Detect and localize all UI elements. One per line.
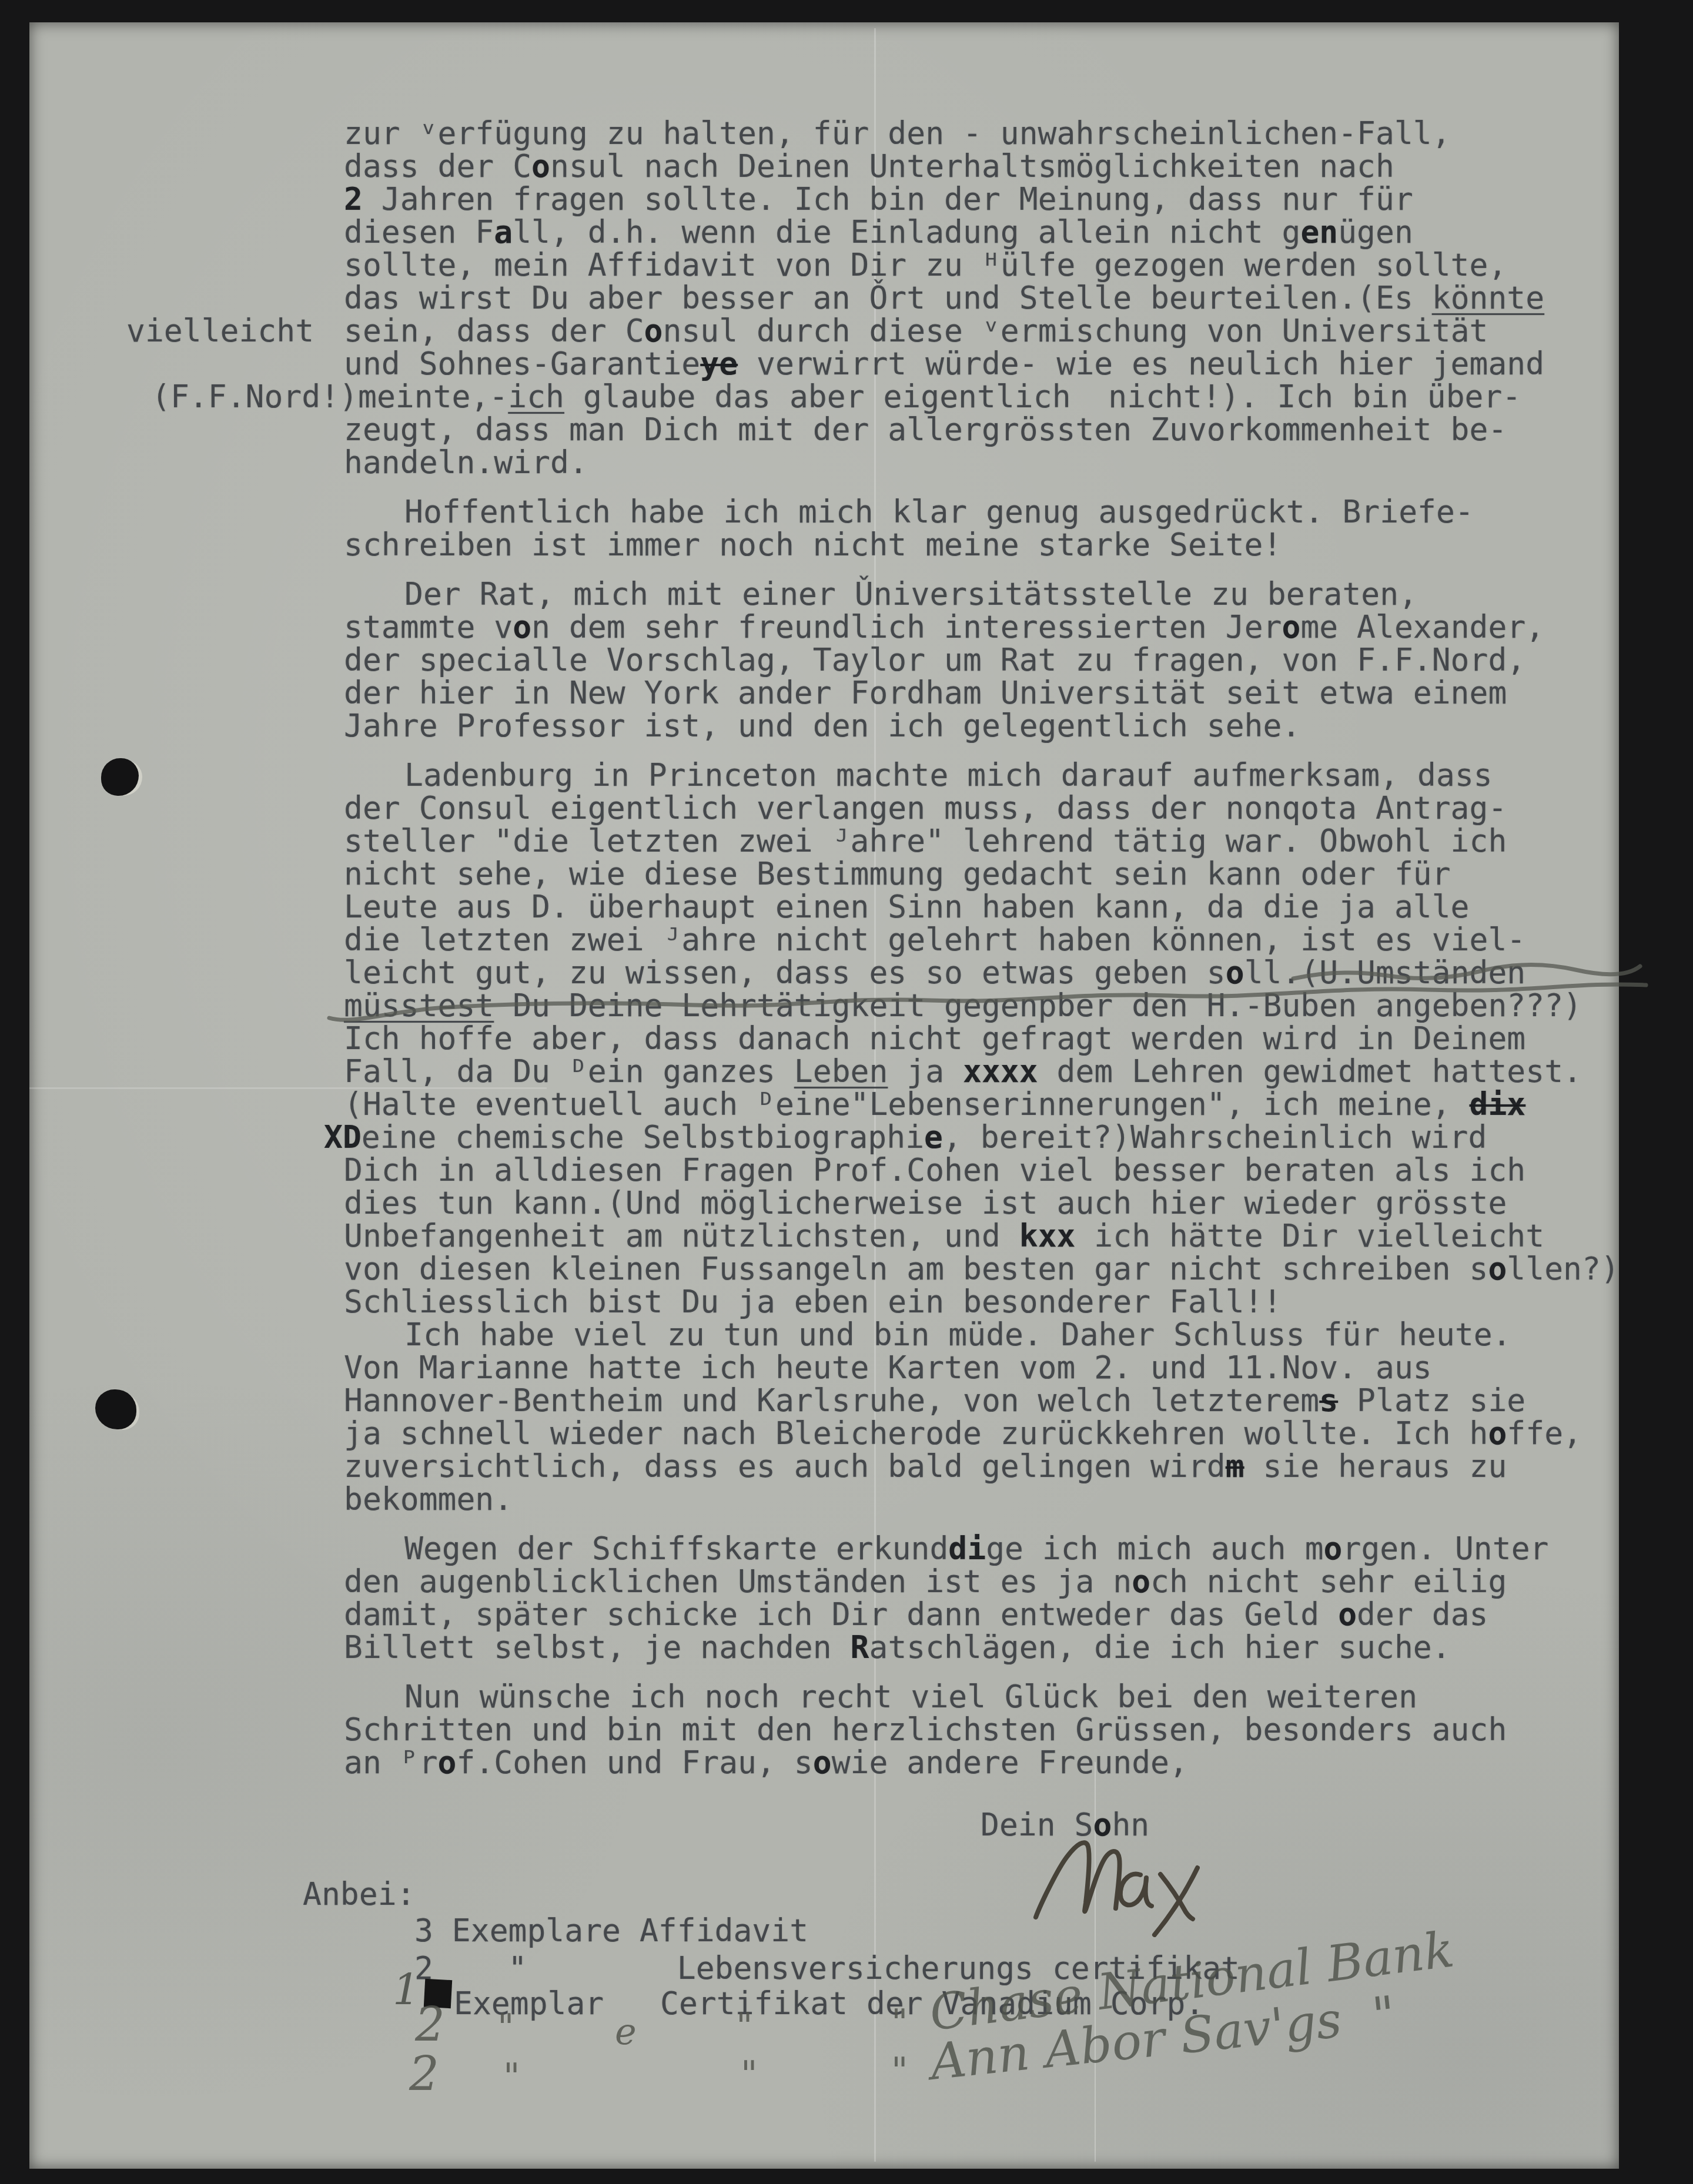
typed-line: der hier in New York ander Fordham Unive… bbox=[344, 677, 1507, 710]
typed-line: nicht sehe, wie diese Bestimmung gedacht… bbox=[344, 858, 1451, 891]
typeover-letters: XD bbox=[324, 1120, 362, 1155]
typed-line: sein, dass der Consul durch diese ᵛermis… bbox=[344, 315, 1488, 348]
typed-line: und Sohnes-Garantieye verwirrt würde- wi… bbox=[344, 348, 1544, 381]
typed-line: die letzten zwei ᴶahre nicht gelehrt hab… bbox=[344, 924, 1525, 957]
typed-line: Ich hoffe aber, dass danach nicht gefrag… bbox=[344, 1023, 1525, 1056]
typed-line: (F.F.Nord!)meinte,-ich glaube das aber e… bbox=[152, 381, 1521, 414]
typed-line: Leute aus D. überhaupt einen Sinn haben … bbox=[344, 891, 1470, 924]
typed-line: müsstest Du Deine Lehrtätigkeit gegenpbe… bbox=[344, 990, 1582, 1023]
ditto-mark: " bbox=[741, 2052, 758, 2095]
typed-line: zeugt, dass man Dich mit der allergrösst… bbox=[344, 414, 1507, 447]
enclosure-heading: Anbei: bbox=[303, 1878, 415, 1911]
typed-line: ja schnell wieder nach Bleicherode zurüc… bbox=[344, 1418, 1582, 1451]
typed-line: stammte von dem sehr freundlich interess… bbox=[344, 611, 1544, 644]
typed-line: Von Marianne hatte ich heute Karten vom … bbox=[344, 1352, 1432, 1385]
typed-line: 2 Jahren fragen sollte. Ich bin der Mein… bbox=[344, 183, 1413, 216]
ditto-mark: " bbox=[891, 2049, 908, 2092]
typed-line: Ladenburg in Princeton machte mich darau… bbox=[404, 759, 1493, 792]
pencil-struck-text: Du Deine Lehrtätigkeit gegenpber den H.-… bbox=[494, 988, 1582, 1024]
typed-line: zuversichtlich, dass es auch bald geling… bbox=[344, 1451, 1507, 1483]
handwritten-letter: e bbox=[615, 2010, 637, 2053]
typed-line: schreiben ist immer noch nicht meine sta… bbox=[344, 529, 1282, 562]
ditto-mark: " bbox=[891, 2001, 908, 2044]
typed-line: der Consul eigentlich verlangen muss, da… bbox=[344, 792, 1507, 825]
overstruck-number: 2 bbox=[344, 182, 363, 217]
typed-line: Der Rat, mich mit einer Ǔniversitätsstel… bbox=[404, 578, 1417, 611]
ditto-mark: " bbox=[503, 2055, 520, 2098]
ditto-mark: " bbox=[736, 2004, 753, 2047]
scan-background: { "scan": { "background_color": "#161617… bbox=[0, 0, 1693, 2184]
typed-line: Schliesslich bist Du ja eben ein besonde… bbox=[344, 1286, 1282, 1319]
underlined-word: ich bbox=[508, 379, 564, 415]
typeover-xxxx: xxxx bbox=[963, 1054, 1038, 1090]
typed-line: bekommen. bbox=[344, 1483, 513, 1516]
typed-line: (Halte eventuell auch ᴰeine"Lebenserinne… bbox=[344, 1088, 1525, 1121]
blotted-letter: o bbox=[531, 149, 550, 185]
typed-line: von diesen kleinen Fussangeln am besten … bbox=[344, 1253, 1620, 1286]
typed-line: leicht gut, zu wissen, dass es so etwas … bbox=[344, 957, 1525, 990]
struck-letters: ye bbox=[700, 346, 738, 382]
typed-line: den augenblicklichen Umständen ist es ja… bbox=[344, 1566, 1507, 1599]
typed-line: Wegen der Schiffskarte erkunddige ich mi… bbox=[404, 1533, 1548, 1566]
typed-text: zur ᵛerfügung zu halten, für den - unwah… bbox=[344, 116, 1451, 152]
typeover-letters: kxx bbox=[1019, 1218, 1076, 1254]
struck-letter: m bbox=[1226, 1449, 1244, 1485]
typed-line: dass der Consul nach Deinen Unterhaltsmö… bbox=[344, 150, 1394, 183]
typeover-word: dix bbox=[1470, 1087, 1526, 1123]
typed-line: zur ᵛerfügung zu halten, für den - unwah… bbox=[344, 118, 1451, 150]
punch-hole-bottom bbox=[95, 1389, 136, 1429]
underlined-word: könnte bbox=[1432, 280, 1544, 316]
typed-line: Hoffentlich habe ich mich klar genug aus… bbox=[404, 496, 1474, 529]
typed-line: Ich habe viel zu tun und bin müde. Daher… bbox=[404, 1319, 1511, 1352]
handwritten-quantity: 2 bbox=[409, 2046, 439, 2101]
typed-line: Hannover-Bentheim und Karlsruhe, von wel… bbox=[344, 1385, 1525, 1418]
typed-line: Billett selbst, je nachden Ratschlägen, … bbox=[344, 1632, 1451, 1664]
typed-line: diesen Fall, d.h. wenn die Einladung all… bbox=[344, 216, 1413, 249]
typed-line: sollte, mein Affidavit von Dir zu ᴴülfe … bbox=[344, 249, 1507, 282]
handwritten-quantity: 2 bbox=[415, 1997, 445, 2052]
typed-line: XDeine chemische Selbstbiographie, berei… bbox=[324, 1121, 1487, 1154]
typed-line: Jahre Professor ist, und den ich gelegen… bbox=[344, 710, 1300, 743]
typed-line: steller "die letzten zwei ᴶahre" lehrend… bbox=[344, 825, 1507, 858]
typed-line: das wirst Du aber besser an Ǒrt und Stel… bbox=[344, 282, 1544, 315]
enclosure-item: 3 Exemplare Affidavit bbox=[414, 1915, 808, 1948]
typed-line: an ᴾrof.Cohen und Frau, sowie andere Fre… bbox=[344, 1747, 1188, 1780]
typed-line: der specialle Vorschlag, Taylor um Rat z… bbox=[344, 644, 1525, 677]
margin-note: vielleicht bbox=[126, 315, 314, 348]
typed-line: damit, später schicke ich Dir dann entwe… bbox=[344, 1599, 1488, 1632]
typed-line: Nun wünsche ich noch recht viel Glück be… bbox=[404, 1681, 1417, 1714]
typed-line: handeln.wird. bbox=[344, 447, 588, 480]
struck-letter: s bbox=[1319, 1383, 1338, 1419]
ditto-mark: " bbox=[497, 2005, 514, 2048]
typed-line: Unbefangenheit am nützlichsten, und kxx … bbox=[344, 1220, 1544, 1253]
pencil-struck-text: (U.Umständen bbox=[1300, 955, 1525, 991]
closing-line: Dein Sohn bbox=[981, 1809, 1149, 1842]
typed-line: Schritten und bin mit den herzlichsten G… bbox=[344, 1714, 1507, 1747]
typed-line: Dich in alldiesen Fragen Prof.Cohen viel… bbox=[344, 1154, 1525, 1187]
underlined-struck-word: müsstest bbox=[344, 988, 494, 1024]
typed-line: Fall, da Du ᴰein ganzes Leben ja xxxx de… bbox=[344, 1056, 1582, 1088]
typed-line: dies tun kann.(Und möglicherweise ist au… bbox=[344, 1187, 1507, 1220]
